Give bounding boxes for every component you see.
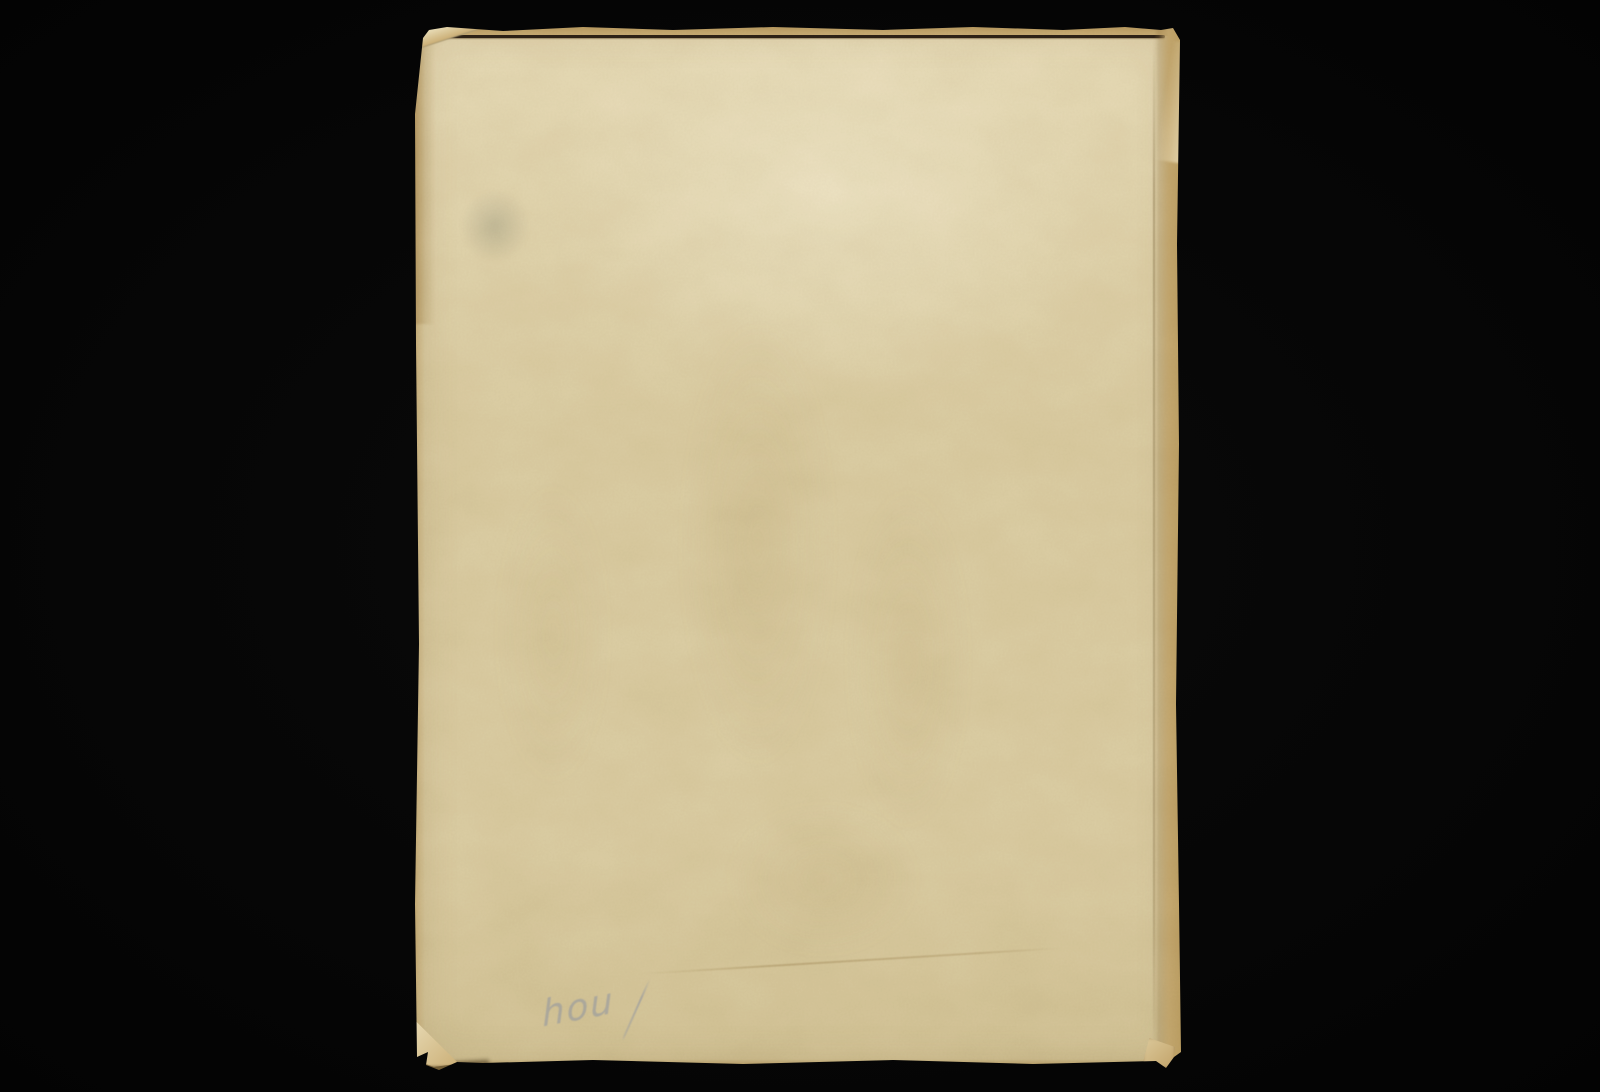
gray-smudge-stain <box>447 176 543 276</box>
cover-top-groove-line <box>425 35 1165 38</box>
cover-right-fold-edge <box>1154 24 1181 1070</box>
stain-mottling <box>483 444 623 824</box>
cover-bottom-edge <box>421 1059 1175 1070</box>
stain-mottling <box>703 784 943 974</box>
pencil-inscription: hou <box>541 969 671 1035</box>
cover-left-edge-shading <box>413 24 439 324</box>
stain-mottling <box>663 264 853 824</box>
book-cover: hou <box>413 24 1181 1070</box>
scan-background: hou <box>0 0 1600 1092</box>
cover-right-crease-line <box>1153 34 1155 1062</box>
